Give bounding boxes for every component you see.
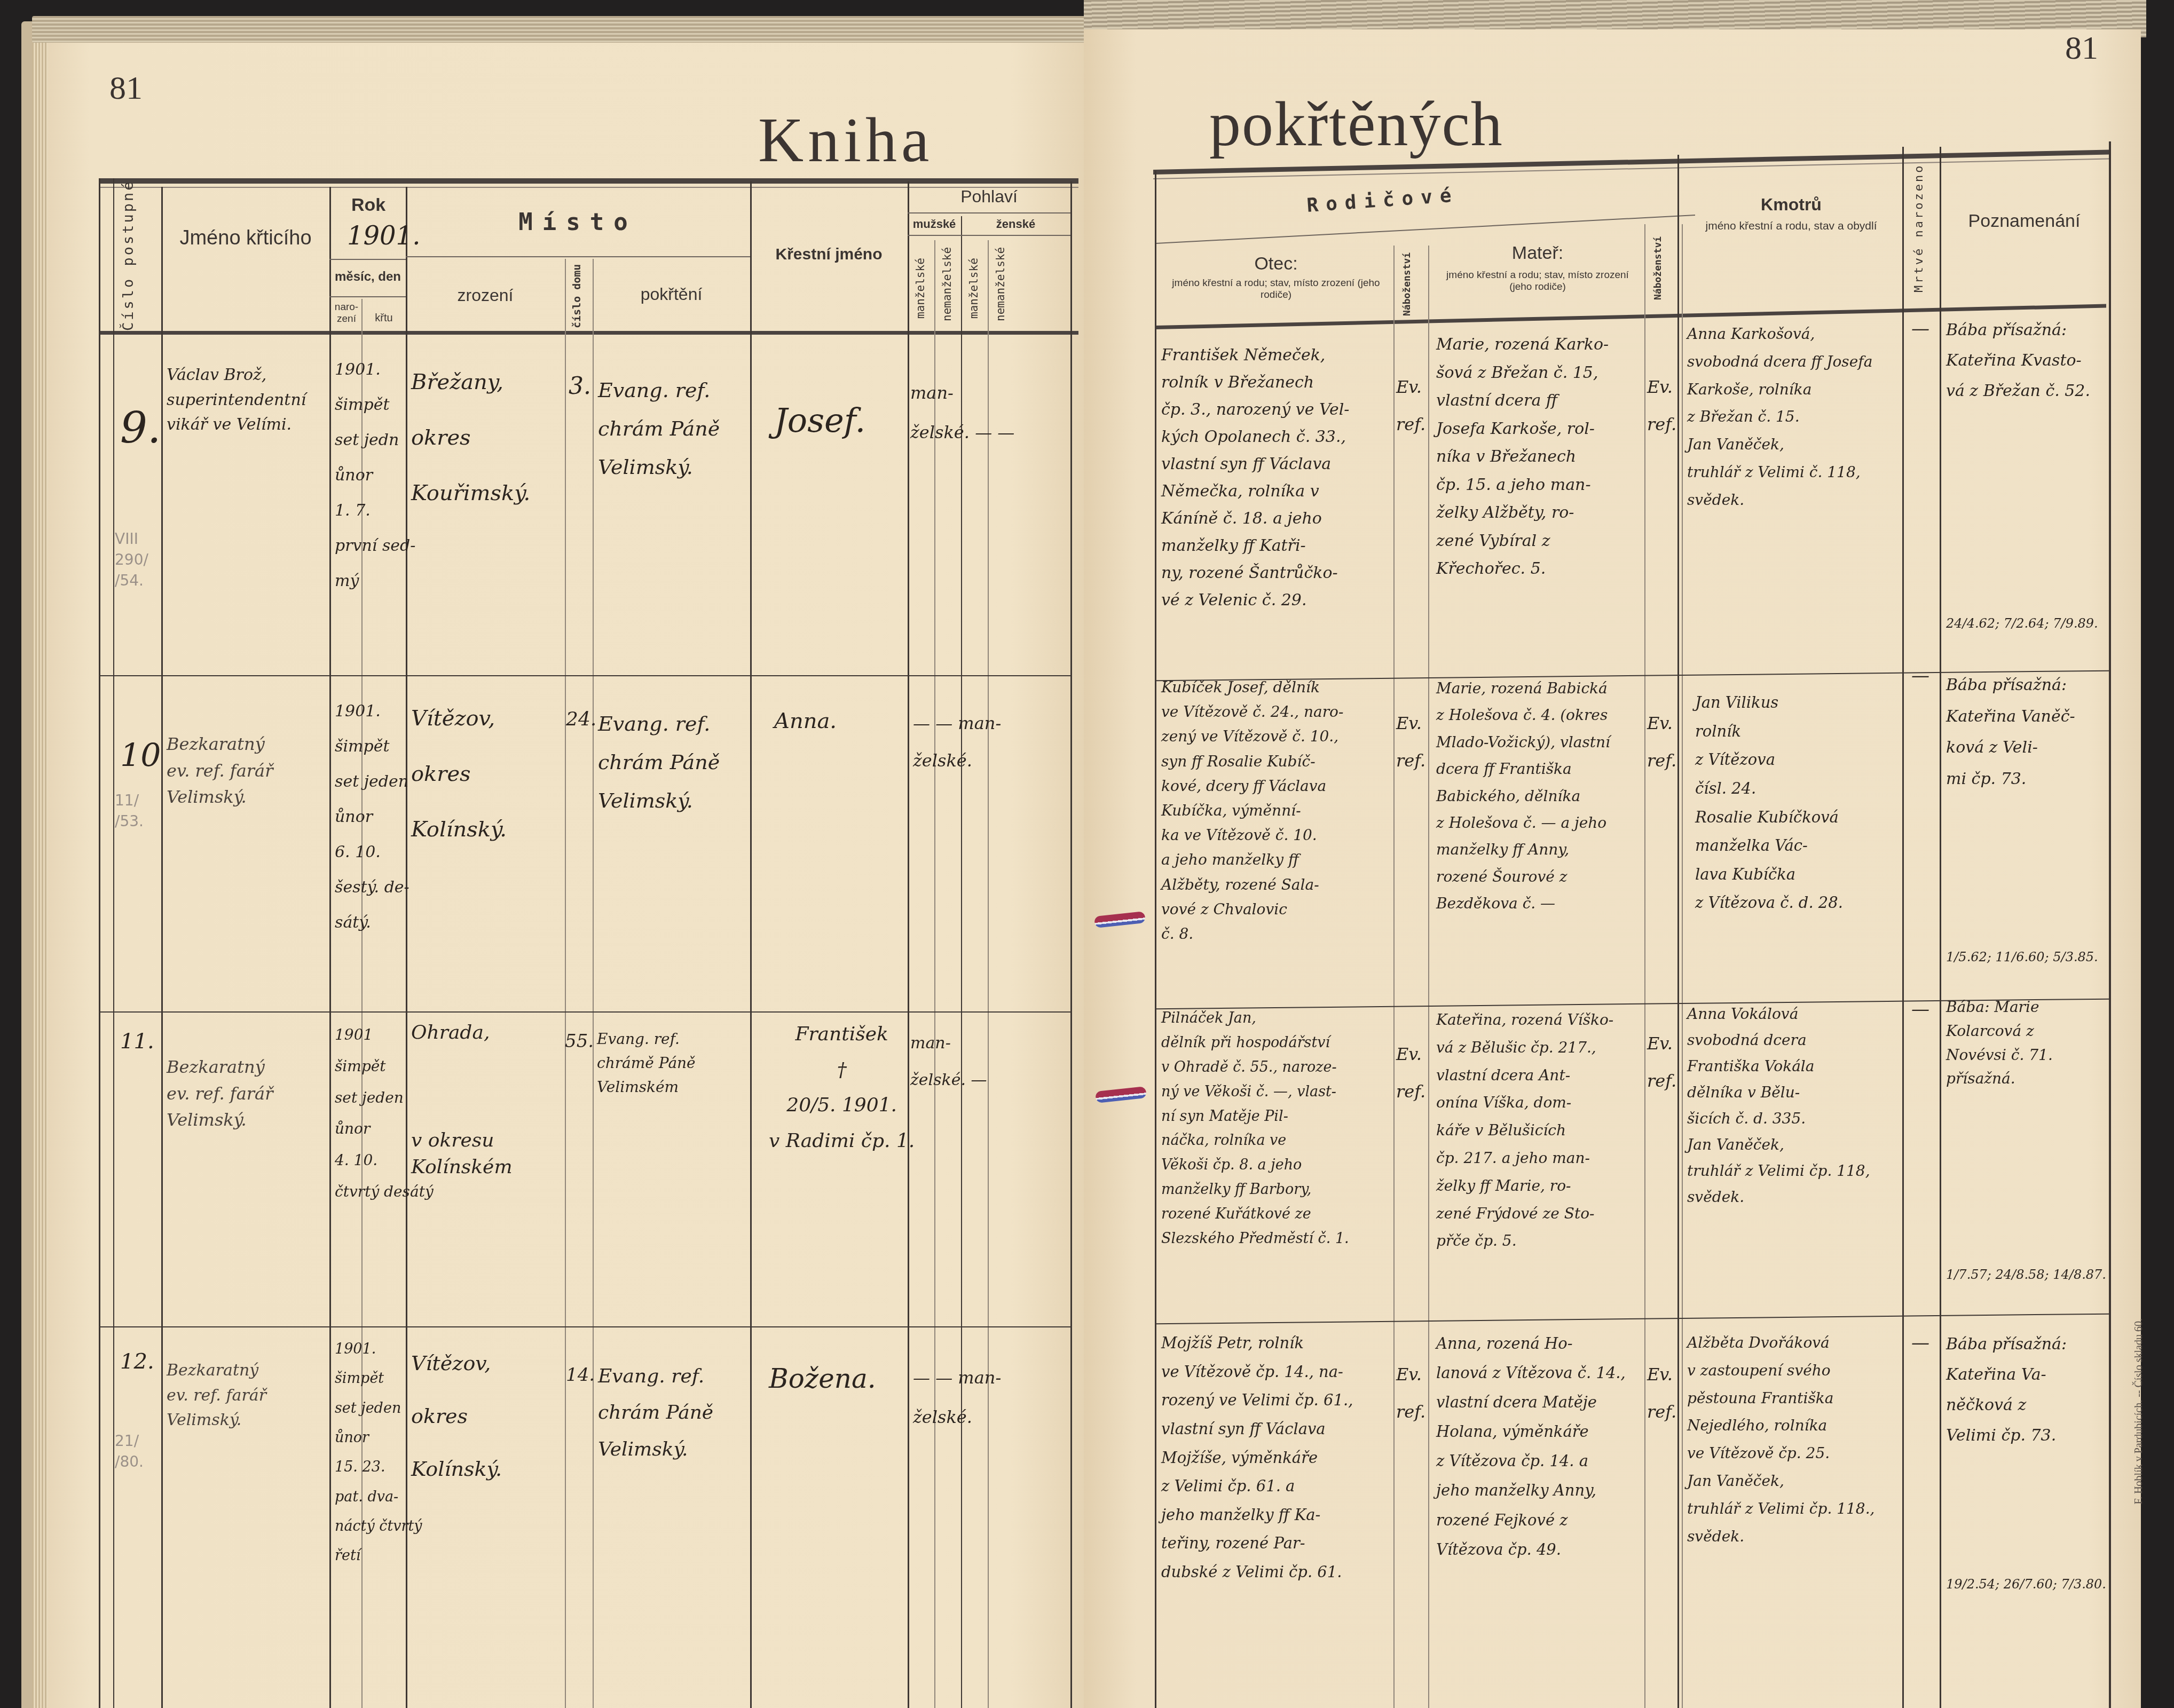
baptizer-name: Václav Brož, superintendentní vikář ve V… (167, 363, 306, 438)
birth-place: Ohrada, v okresu Kolínském (411, 1019, 513, 1181)
header-cislo-postupne: Číslo postupné (120, 208, 137, 331)
header-poznamenani: Poznamenání (1940, 211, 2109, 232)
father-religion: Ev. ref. (1396, 1356, 1425, 1431)
margin-note: 11/ /53. (115, 790, 144, 832)
stillborn: — (1911, 1329, 1929, 1357)
remarks-dates: 19/2.54; 26/7.60; 7/3.80. (1946, 1575, 2106, 1594)
header-cislo-domu: číslo domu (570, 264, 583, 328)
mother-religion: Ev. ref. (1647, 368, 1676, 444)
stillborn: — (1911, 662, 1929, 690)
title-left: Kniha (758, 104, 933, 177)
baptism-place: Evang. ref. chrámě Páně Velimském (597, 1027, 696, 1099)
margin-note: 21/ /80. (115, 1430, 144, 1472)
header-rok: Rok (334, 195, 403, 216)
header-krestni-jmeno: Křestní jméno (750, 246, 908, 264)
title-right: pokřtěných (1209, 88, 1503, 161)
mother-religion: Ev. ref. (1647, 1356, 1676, 1431)
printer-imprint: F. Hoblík v Pardubicích. -- Číslo skladu… (2133, 1318, 2145, 1504)
remarks: Bába přísažná: Kateřina Va- něčková z Ve… (1946, 1329, 2067, 1451)
mother: Marie, rozená Babická z Holešova č. 4. (… (1436, 675, 1610, 918)
header-mater: Mateř: (1431, 243, 1644, 264)
page-number-left: 81 (109, 69, 143, 107)
header-misto: Místo (406, 209, 750, 236)
entry-number: 12. (120, 1345, 154, 1378)
christian-name: Anna. (774, 705, 837, 738)
baptism-place: Evang. ref. chrám Páně Velimský. (598, 371, 720, 487)
header-narozeni: naro-zení (331, 302, 362, 325)
birth-place: Břežany, okres Kouřimský. (411, 368, 530, 507)
birth-place: Vítězov, okres Kolínský. (411, 1350, 502, 1482)
header-mater-sub: jméno křestní a rodu; stav, místo zrozen… (1436, 270, 1639, 293)
remarks: Bába: Marie Kolarcová z Novévsi č. 71. p… (1946, 995, 2053, 1091)
header-zenske: ženské (961, 217, 1070, 231)
header-otec-nabozenstvi: Náboženství (1401, 248, 1413, 320)
header-zrozeni: zrození (406, 286, 565, 305)
remarks-dates: 1/7.57; 24/8.58; 14/8.87. (1946, 1265, 2106, 1285)
christian-name: Josef. (774, 395, 865, 446)
header-muzske-manzelske: manželské (914, 248, 927, 328)
legitimacy: man- želské. — (910, 1025, 987, 1098)
stillborn: — (1911, 315, 1929, 343)
header-kmotru: Kmotrů (1682, 195, 1901, 215)
entry-number: 9. (120, 395, 161, 461)
header-jmeno-krticiho-1: Jméno křticího (163, 227, 328, 250)
stillborn: — (1911, 995, 1929, 1024)
header-pokrteni: pokřtění (593, 284, 750, 304)
baptizer-name: Bezkaratný ev. ref. farář Velimský. (167, 731, 273, 811)
remarks: Bába přísažná: Kateřina Vaněč- ková z Ve… (1946, 670, 2075, 795)
mother: Marie, rozená Karko- šová z Břežan č. 15… (1436, 331, 1609, 583)
mother-religion: Ev. ref. (1647, 705, 1676, 780)
baptizer-name: Bezkaratný ev. ref. farář Velimský. (167, 1358, 266, 1433)
page-edges-top (32, 16, 1089, 43)
header-mesic-den: měsíc, den (331, 270, 405, 284)
godparents: Jan Vilikus rolník z Vítězova čísl. 24. … (1695, 689, 1843, 918)
header-otec: Otec: (1159, 254, 1393, 274)
header-muzske-nemanzelske: nemanželské (941, 240, 954, 328)
house-number: 55. (565, 1027, 594, 1056)
legitimacy: man- želské. — — (910, 374, 1014, 452)
header-rule-bottom-left (99, 331, 1078, 335)
header-kmotru-sub: jméno křestní a rodu, stav a obydlí (1695, 220, 1887, 233)
book-spread: 81 Kniha 81 pokřtěných Číslo postupné Jm… (0, 0, 2174, 1708)
birth-baptism-date: 1901. šimpět set jeden ůnor 15. 23. pat.… (335, 1334, 422, 1571)
page-number-right: 81 (2065, 29, 2098, 67)
header-otec-sub: jméno křestní a rodu; stav, místo zrozen… (1167, 278, 1385, 301)
header-pohlavi: Pohlaví (908, 187, 1070, 207)
father: Mojžíš Petr, rolník ve Vítězově čp. 14.,… (1161, 1329, 1353, 1587)
birth-baptism-date: 1901. šimpět set jeden ůnor 6. 10. šestý… (335, 694, 409, 940)
godparents: Anna Vokálová svobodná dcera Františka V… (1687, 1001, 1870, 1210)
header-zenske-manzelske: manželské (967, 248, 980, 328)
header-mater-nabozenstvi: Náboženství (1652, 232, 1664, 304)
mother-religion: Ev. ref. (1647, 1025, 1676, 1100)
header-krtu: křtu (363, 312, 405, 325)
birth-baptism-date: 1901. šimpět set jedn ůnor 1. 7. první s… (335, 352, 415, 599)
remarks-dates: 24/4.62; 7/2.64; 7/9.89. (1946, 614, 2098, 634)
baptism-place: Evang. ref. chrám Páně Velimský. (598, 1358, 713, 1468)
mother: Anna, rozená Ho- lanová z Vítězova č. 14… (1436, 1329, 1626, 1564)
remarks: Bába přísažná: Kateřina Kvasto- vá z Bře… (1946, 315, 2090, 406)
legitimacy: — — man- želské. (913, 705, 1001, 780)
father-religion: Ev. ref. (1396, 705, 1425, 780)
christian-name: Božena. (769, 1358, 876, 1400)
christian-name-deceased: František † 20/5. 1901. v Radimi čp. 1. (769, 1017, 915, 1159)
header-zenske-nemanzelske: nemanželské (994, 240, 1007, 328)
header-rule-top-left (99, 178, 1078, 184)
house-number: 14. (566, 1361, 595, 1389)
father: Kubíček Josef, dělník ve Vítězově č. 24.… (1161, 675, 1343, 946)
birth-place: Vítězov, okres Kolínský. (411, 705, 507, 843)
father: František Němeček, rolník v Břežanech čp… (1161, 342, 1349, 614)
legitimacy: — — man- želské. (913, 1358, 1001, 1437)
remarks-dates: 1/5.62; 11/6.60; 5/3.85. (1946, 947, 2098, 967)
baptizer-name: Bezkaratný ev. ref. farář Velimský. (167, 1054, 273, 1134)
godparents: Alžběta Dvořáková v zastoupení svého pěs… (1687, 1329, 1874, 1550)
margin-note: VIII 290/ /54. (115, 528, 148, 591)
father: Pilnáček Jan, dělník při hospodářství v … (1161, 1006, 1349, 1251)
house-number: 24. (566, 705, 596, 734)
godparents: Anna Karkošová, svobodná dcera ff Josefa… (1687, 320, 1872, 514)
header-mrtve-narozeno: Mrtvé narozeno (1912, 160, 1926, 296)
entry-number: 11. (120, 1025, 154, 1058)
father-religion: Ev. ref. (1396, 1035, 1425, 1111)
mother: Kateřina, rozená Víško- vá z Bělušic čp.… (1436, 1006, 1613, 1255)
entry-number: 10 (120, 731, 161, 781)
house-number: 3. (569, 368, 591, 405)
header-muzske: mužské (908, 217, 961, 231)
father-religion: Ev. ref. (1396, 368, 1425, 444)
baptism-place: Evang. ref. chrám Páně Velimský. (598, 705, 720, 820)
